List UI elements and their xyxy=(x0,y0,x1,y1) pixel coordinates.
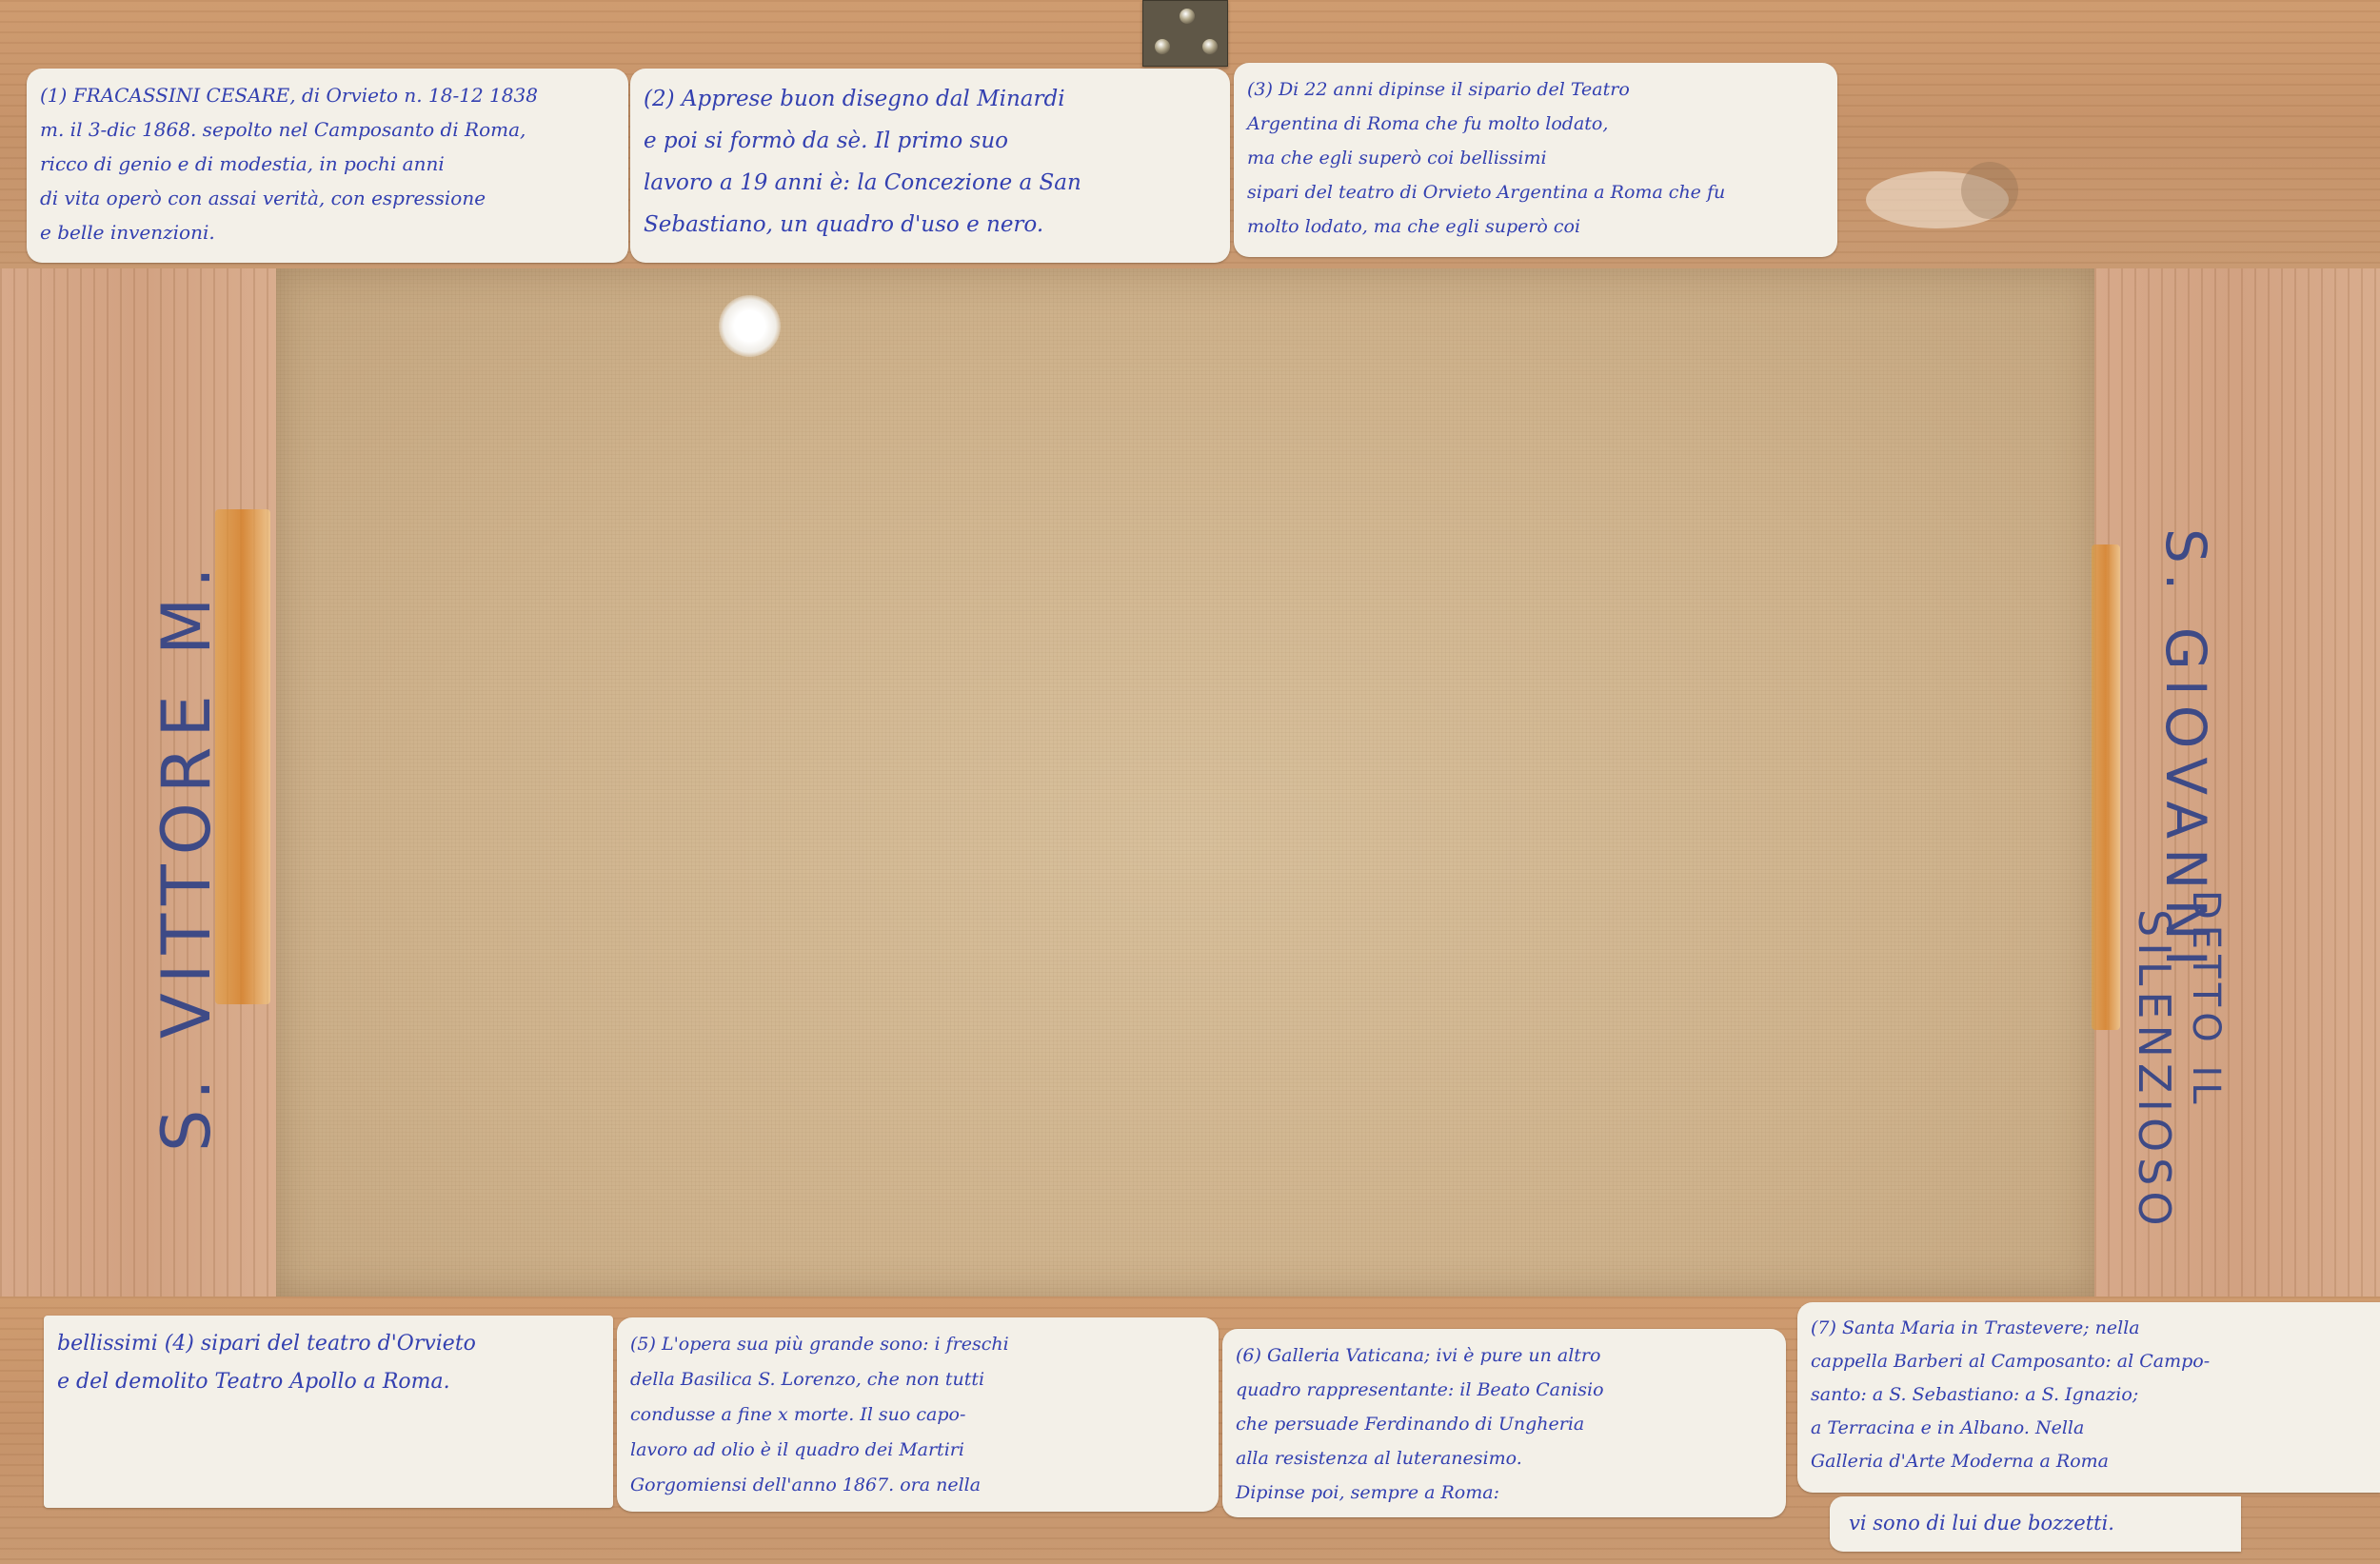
provenance-label-7: (7) Santa Maria in Trastevere; nella cap… xyxy=(1797,1302,2380,1493)
label-line: e belle invenzioni. xyxy=(40,215,615,249)
provenance-label-1: (1) FRACASSINI CESARE, di Orvieto n. 18-… xyxy=(27,69,628,263)
label-line: sipari del teatro di Orvieto Argentina a… xyxy=(1247,175,1824,209)
label-line: bellissimi (4) sipari del teatro d'Orvie… xyxy=(57,1325,600,1363)
canvas-back xyxy=(276,268,2094,1297)
lint-spot xyxy=(719,295,781,357)
rivet-icon xyxy=(1202,39,1218,54)
label-line: Sebastiano, un quadro d'uso e nero. xyxy=(644,204,1217,246)
label-line: a Terracina e in Albano. Nella xyxy=(1811,1412,2367,1445)
provenance-label-5: (5) L'opera sua più grande sono: i fresc… xyxy=(617,1317,1219,1512)
stretcher-inscription-right-sub-2: SILENZIOSO xyxy=(2129,909,2180,1232)
rivet-icon xyxy=(1180,9,1195,24)
provenance-label-3: (3) Di 22 anni dipinse il sipario del Te… xyxy=(1234,63,1837,257)
label-line: (2) Apprese buon disegno dal Minardi xyxy=(644,78,1217,120)
label-line: Gorgomiensi dell'anno 1867. ora nella xyxy=(630,1468,1205,1503)
hanging-hinge xyxy=(1142,0,1228,67)
wood-stain xyxy=(1961,162,2018,219)
label-line: santo: a S. Sebastiano: a S. Ignazio; xyxy=(1811,1378,2367,1412)
label-line: (1) FRACASSINI CESARE, di Orvieto n. 18-… xyxy=(40,78,615,112)
label-line: e poi si formò da sè. Il primo suo xyxy=(644,120,1217,162)
label-line: ma che egli superò coi bellissimi xyxy=(1247,141,1824,175)
label-line: e del demolito Teatro Apollo a Roma. xyxy=(57,1363,600,1401)
label-line: che persuade Ferdinando di Ungheria xyxy=(1236,1407,1773,1441)
adhesive-tape-right xyxy=(2092,544,2120,1030)
label-line: Argentina di Roma che fu molto lodato, xyxy=(1247,107,1824,141)
provenance-label-6: (6) Galleria Vaticana; ivi è pure un alt… xyxy=(1222,1329,1786,1517)
provenance-label-4: bellissimi (4) sipari del teatro d'Orvie… xyxy=(44,1316,613,1508)
provenance-label-2: (2) Apprese buon disegno dal Minardi e p… xyxy=(630,69,1230,263)
label-line: molto lodato, ma che egli superò coi xyxy=(1247,209,1824,244)
label-line: (7) Santa Maria in Trastevere; nella xyxy=(1811,1312,2367,1345)
label-line: quadro rappresentante: il Beato Canisio xyxy=(1236,1373,1773,1407)
provenance-label-8: vi sono di lui due bozzetti. xyxy=(1830,1496,2241,1552)
label-line: (6) Galleria Vaticana; ivi è pure un alt… xyxy=(1236,1338,1773,1373)
label-line: Dipinse poi, sempre a Roma: xyxy=(1236,1475,1773,1510)
label-line: della Basilica S. Lorenzo, che non tutti xyxy=(630,1362,1205,1397)
label-line: condusse a fine x morte. Il suo capo- xyxy=(630,1397,1205,1433)
label-line: (3) Di 22 anni dipinse il sipario del Te… xyxy=(1247,72,1824,107)
label-line: lavoro a 19 anni è: la Concezione a San xyxy=(644,162,1217,204)
label-line: m. il 3-dic 1868. sepolto nel Camposanto… xyxy=(40,112,615,147)
label-line: Galleria d'Arte Moderna a Roma xyxy=(1811,1445,2367,1478)
label-line: lavoro ad olio è il quadro dei Martiri xyxy=(630,1433,1205,1468)
label-line: cappella Barberi al Camposanto: al Campo… xyxy=(1811,1345,2367,1378)
label-line: di vita operò con assai verità, con espr… xyxy=(40,181,615,215)
stretcher-inscription-left: S. VITTORE M. xyxy=(148,557,226,1152)
label-line: alla resistenza al luteranesimo. xyxy=(1236,1441,1773,1475)
label-line: (5) L'opera sua più grande sono: i fresc… xyxy=(630,1327,1205,1362)
stretcher-inscription-right-sub-1: DETTO IL xyxy=(2184,890,2228,1110)
label-line: vi sono di lui due bozzetti. xyxy=(1849,1502,2222,1544)
rivet-icon xyxy=(1155,39,1170,54)
label-line: ricco di genio e di modestia, in pochi a… xyxy=(40,147,615,181)
